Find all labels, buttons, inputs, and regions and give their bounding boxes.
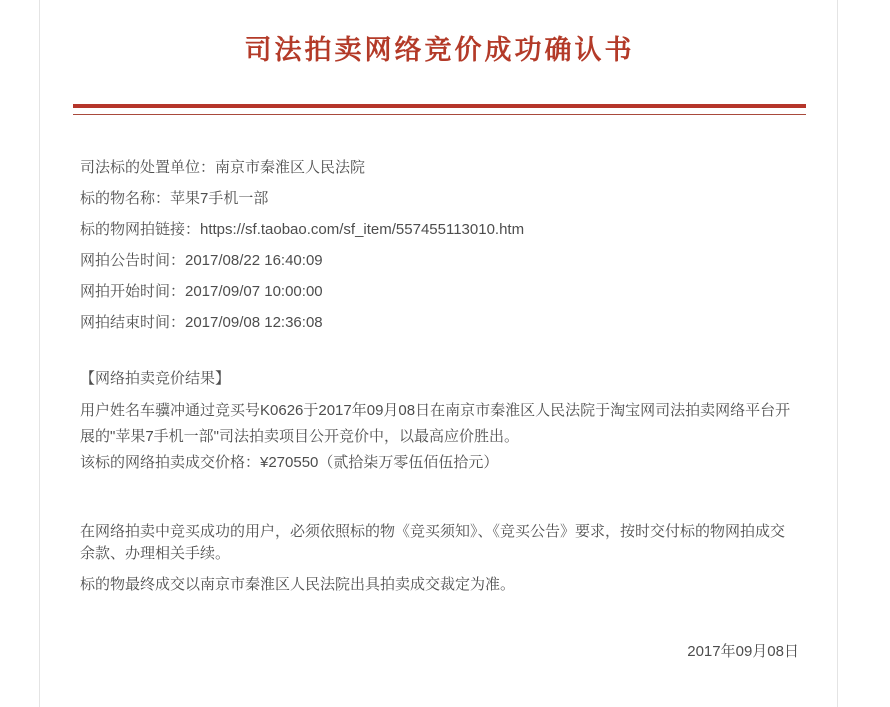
result-paragraph: 用户姓名车骥冲通过竞买号K0626于2017年09月08日在南京市秦淮区人民法院… (80, 398, 799, 450)
title-divider-thin (73, 114, 806, 115)
start-time-line: 网拍开始时间：2017/09/07 10:00:00 (80, 284, 799, 299)
result-section-heading: 【网络拍卖竞价结果】 (80, 371, 799, 386)
auction-info-block: 司法标的处置单位：南京市秦淮区人民法院 标的物名称：苹果7手机一部 标的物网拍链… (80, 160, 799, 330)
title-divider-thick (73, 104, 806, 108)
confirmation-page: 司法拍卖网络竞价成功确认书 司法标的处置单位：南京市秦淮区人民法院 标的物名称：… (0, 0, 890, 707)
auction-url-line: 标的物网拍链接：https://sf.taobao.com/sf_item/55… (80, 222, 799, 237)
document-content: 司法拍卖网络竞价成功确认书 司法标的处置单位：南京市秦淮区人民法院 标的物名称：… (40, 0, 837, 659)
disposal-unit-line: 司法标的处置单位：南京市秦淮区人民法院 (80, 160, 799, 175)
final-ruling-note: 标的物最终成交以南京市秦淮区人民法院出具拍卖成交裁定为准。 (80, 574, 799, 596)
end-time-line: 网拍结束时间：2017/09/08 12:36:08 (80, 315, 799, 330)
announce-time-line: 网拍公告时间：2017/08/22 16:40:09 (80, 253, 799, 268)
document-sheet: 司法拍卖网络竞价成功确认书 司法标的处置单位：南京市秦淮区人民法院 标的物名称：… (39, 0, 838, 707)
final-price-line: 该标的网络拍卖成交价格：¥270550（贰拾柒万零伍佰伍拾元） (80, 455, 799, 470)
document-date: 2017年09月08日 (80, 644, 799, 659)
payment-note: 在网络拍卖中竞买成功的用户，必须依照标的物《竞买须知》、《竞买公告》要求，按时交… (80, 521, 799, 565)
subject-name-line: 标的物名称：苹果7手机一部 (80, 191, 799, 206)
page-title: 司法拍卖网络竞价成功确认书 (80, 0, 799, 67)
